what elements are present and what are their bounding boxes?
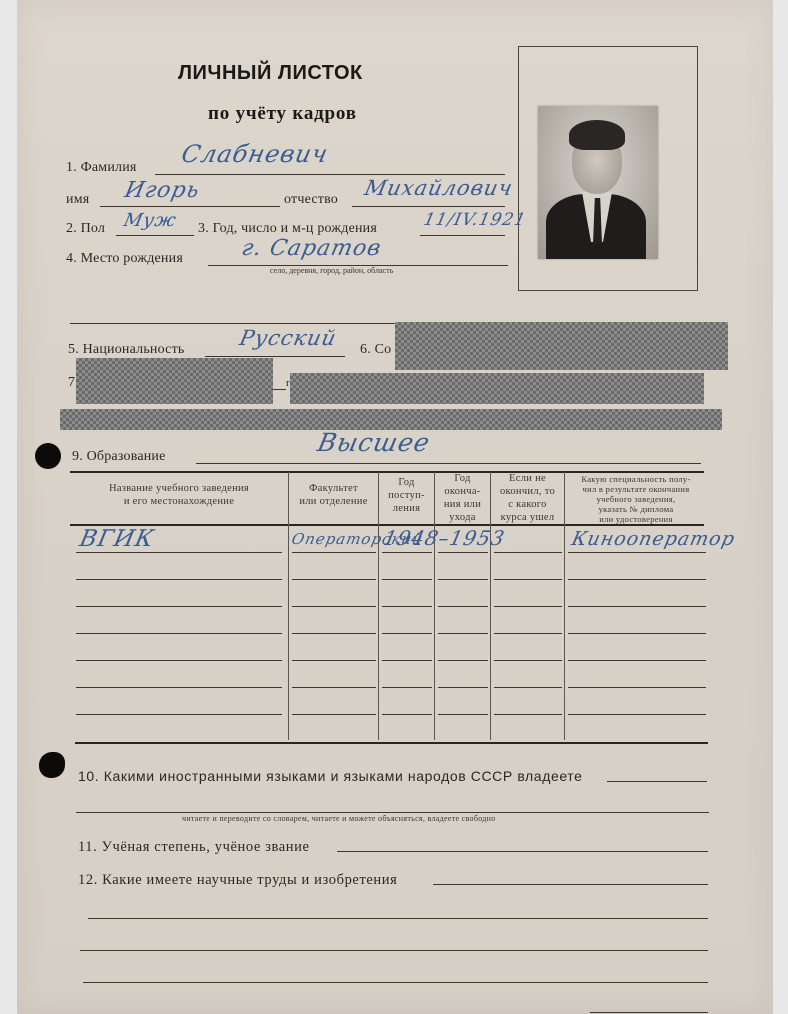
- field6-label: 6. Со: [360, 342, 391, 358]
- table-row-line: [76, 606, 282, 607]
- table-row-line: [494, 660, 562, 661]
- table-row-line: [292, 687, 376, 688]
- table-row-line: [382, 579, 432, 580]
- birthplace-hint: село, деревня, город, район, область: [270, 266, 393, 275]
- birthplace-label: 4. Место рождения: [66, 251, 183, 267]
- nationality-value[interactable]: Русский: [237, 326, 339, 350]
- surname-line: [155, 174, 505, 175]
- table-row-line: [438, 579, 488, 580]
- q12-line-2: [88, 918, 708, 919]
- table-row-line: [76, 687, 282, 688]
- punch-hole-bottom: [39, 752, 65, 778]
- table-header-start-year: Год поступ- ления: [379, 476, 434, 515]
- table-row-institution[interactable]: ВГИК: [77, 526, 157, 552]
- nationality-label: 5. Национальность: [68, 342, 184, 358]
- name-line: [100, 206, 280, 207]
- surname-value[interactable]: Слабневич: [179, 140, 331, 168]
- table-col-divider: [288, 472, 289, 740]
- table-row-line: [382, 714, 432, 715]
- q12-line: [433, 884, 708, 885]
- table-row-line: [438, 660, 488, 661]
- surname-label: 1. Фамилия: [66, 160, 137, 176]
- nationality-line: [205, 356, 345, 357]
- q12-label: 12. Какие имеете научные труды и изобрет…: [78, 872, 397, 889]
- table-row-line: [382, 552, 432, 553]
- q11-label: 11. Учёная степень, учёное звание: [78, 839, 310, 856]
- table-row-line: [76, 579, 282, 580]
- table-row-line: [382, 660, 432, 661]
- birthdate-line: [420, 235, 505, 236]
- education-value[interactable]: Высшее: [315, 428, 433, 457]
- table-row-line: [568, 687, 706, 688]
- table-row-line: [494, 579, 562, 580]
- patronymic-line: [352, 206, 505, 207]
- birthdate-value[interactable]: 11/IV.1921: [422, 210, 528, 230]
- document-subtitle: по учёту кадров: [208, 103, 357, 125]
- sex-label: 2. Пол: [66, 221, 105, 237]
- table-bottom-border: [75, 742, 708, 744]
- table-header-faculty: Факультет или отделение: [289, 482, 378, 508]
- redacted-field8: [60, 409, 722, 430]
- table-row-line: [568, 633, 706, 634]
- education-line: [196, 463, 701, 464]
- redacted-field7b: [290, 373, 704, 404]
- table-row-line: [494, 552, 562, 553]
- table-row-line: [438, 714, 488, 715]
- table-row-years[interactable]: 1948–1953: [381, 526, 507, 550]
- table-row-line: [292, 552, 376, 553]
- table-row-line: [382, 606, 432, 607]
- redacted-field7: [76, 358, 273, 404]
- name-label: имя: [66, 192, 89, 208]
- table-row-line: [292, 606, 376, 607]
- punch-hole-top: [35, 443, 61, 469]
- birthdate-label: 3. Год, число и м-ц рождения: [198, 221, 377, 237]
- sex-value[interactable]: Муж: [122, 210, 179, 231]
- table-row-line: [76, 633, 282, 634]
- table-row-line: [438, 687, 488, 688]
- photo-hair: [569, 120, 625, 150]
- table-row-line: [494, 606, 562, 607]
- q10-line-2: [76, 812, 709, 813]
- sex-line: [116, 235, 194, 236]
- q10-line: [607, 781, 707, 782]
- table-row-line: [438, 606, 488, 607]
- table-header-institution: Название учебного заведения и его местон…: [70, 482, 288, 508]
- table-header-end-year: Год оконча- ния или ухода: [435, 472, 490, 524]
- table-row-line: [292, 660, 376, 661]
- portrait-photo: [538, 106, 658, 259]
- table-row-specialty[interactable]: Кинооператор: [570, 528, 738, 550]
- patronymic-label: отчество: [284, 192, 338, 208]
- table-header-specialty: Какую специальность полу- чил в результа…: [565, 474, 707, 524]
- table-row-line: [494, 633, 562, 634]
- patronymic-value[interactable]: Михайлович: [362, 176, 515, 200]
- table-row-line: [292, 714, 376, 715]
- table-row-line: [76, 660, 282, 661]
- table-row-line: [292, 633, 376, 634]
- table-row-line: [292, 579, 376, 580]
- name-value[interactable]: Игорь: [122, 178, 202, 203]
- table-row-line: [568, 552, 706, 553]
- table-row-line: [382, 687, 432, 688]
- table-row-line: [494, 714, 562, 715]
- q10-label: 10. Какими иностранными языками и языкам…: [78, 768, 583, 784]
- table-header-dropout: Если не окончил, то с какого курса ушел: [491, 472, 564, 524]
- q11-line: [337, 851, 708, 852]
- q12-line-5: [590, 1012, 708, 1013]
- table-row-line: [568, 606, 706, 607]
- table-row-line: [438, 633, 488, 634]
- redacted-field6: [395, 322, 728, 370]
- table-row-line: [382, 633, 432, 634]
- field7-line: [273, 389, 286, 390]
- table-row-line: [568, 579, 706, 580]
- table-row-line: [438, 552, 488, 553]
- table-row-line: [568, 660, 706, 661]
- q10-hint: читаете и переводите со словарем, читает…: [182, 814, 496, 823]
- document-title: ЛИЧНЫЙ ЛИСТОК: [178, 62, 363, 85]
- table-row-line: [76, 714, 282, 715]
- table-row-line: [568, 714, 706, 715]
- q12-line-3: [80, 950, 708, 951]
- table-row-line: [76, 552, 282, 553]
- birthplace-value[interactable]: г. Саратов: [239, 236, 383, 261]
- table-row-line: [494, 687, 562, 688]
- birthplace-line-2: [70, 323, 395, 324]
- field7-label: 7: [68, 375, 75, 391]
- education-label: 9. Образование: [72, 449, 166, 465]
- q12-line-4: [83, 982, 708, 983]
- table-top-border: [70, 471, 704, 473]
